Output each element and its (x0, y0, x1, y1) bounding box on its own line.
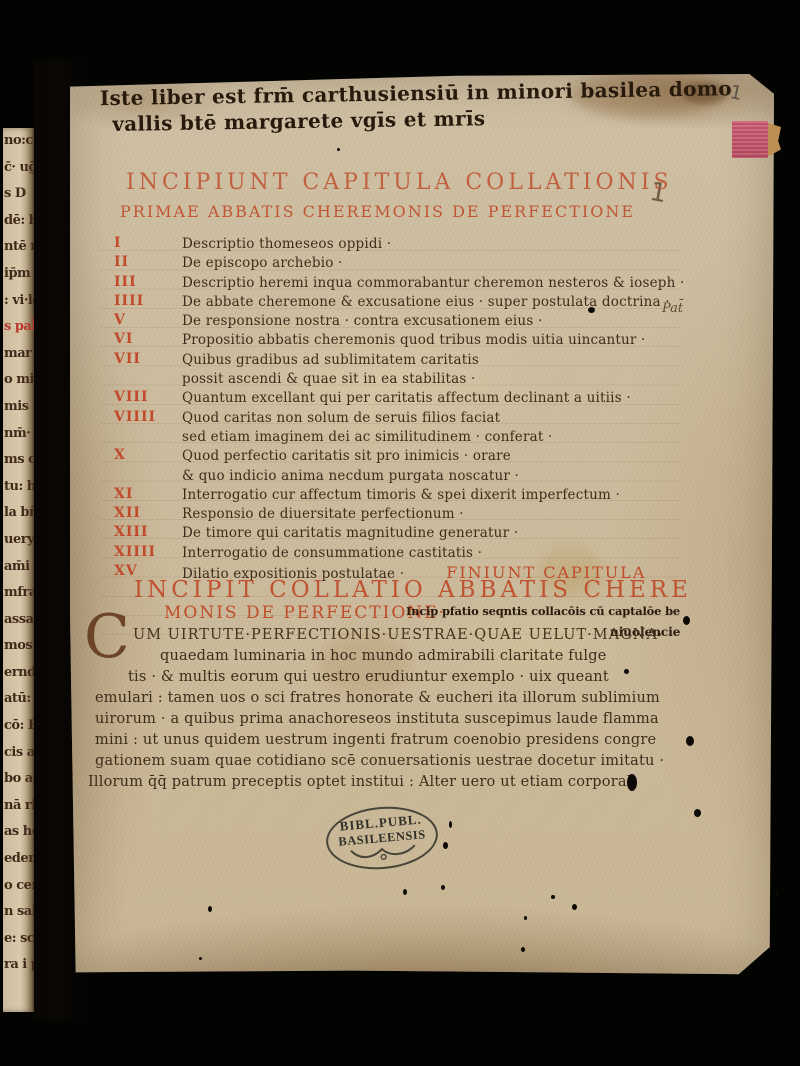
chapter-title-line: Descriptio thomeseos oppidi · (110, 235, 690, 254)
chapter-title-line: De responsione nostra · contra excusatio… (110, 312, 690, 331)
capitula-row: IIDe episcopo archebio · (110, 254, 690, 273)
parchment-hole (572, 904, 577, 910)
preface-line: emulari : tamen uos o sci fratres honora… (88, 688, 688, 709)
chapter-title-line: & quo indicio anima necdum purgata nosca… (110, 467, 690, 486)
chapter-numeral: III (114, 274, 137, 290)
rubric-primae-abbatis: PRIMAE ABBATIS CHEREMONIS DE PERFECTIONE (120, 202, 635, 221)
edge-text-fragment: : vi·lē (3, 288, 34, 315)
parchment-hole (588, 307, 595, 313)
manuscript-photo: no:chc̄· uḡs Ddē: hntē mip̄m: vi·lēs pal… (0, 0, 800, 1066)
parchment-hole (208, 906, 212, 912)
chapter-title-line: De timore qui caritatis magnitudine gene… (110, 524, 690, 543)
parchment-hole (441, 885, 445, 890)
previous-leaf-edge: no:chc̄· uḡs Ddē: hntē mip̄m: vi·lēs pal… (3, 128, 34, 1012)
chapter-title-line: De episcopo archebio · (110, 254, 690, 273)
preface-line: mini : ut unus quidem uestrum ingenti fr… (88, 730, 688, 751)
chapter-numeral: XIIII (114, 544, 156, 560)
chapter-title-line: Quibus gradibus ad sublimitatem caritati… (110, 351, 690, 370)
capitula-row: VIIIIQuod caritas non solum de seruis fi… (110, 409, 690, 448)
ownership-inscription: Iste liber est frm̄ carthusiensiū in min… (100, 75, 761, 137)
preface-line: uirorum · a quibus prima anachoreseos in… (88, 709, 688, 730)
parchment-hole (775, 892, 778, 896)
parchment-hole (683, 616, 690, 625)
capitula-row: XIInterrogatio cur affectum timoris & sp… (110, 486, 690, 505)
preface-capitals-line: UM UIRTUTE·PERFECTIONIS·UESTRAE·QUAE UEL… (88, 625, 688, 646)
parchment-hole (694, 809, 701, 817)
chapter-title-line: Quantum excellant qui per caritatis affe… (110, 389, 690, 408)
edge-text-fragment: s pal̄ (3, 314, 34, 341)
edge-text-fragment: tu: h (3, 474, 34, 501)
chapter-numeral: VI (114, 331, 133, 347)
chapter-numeral: V (114, 312, 126, 328)
parchment-page: Iste liber est frm̄ carthusiensiū in min… (70, 74, 774, 976)
parchment-hole (524, 916, 527, 920)
edge-text-fragment: o cenā (3, 873, 34, 900)
bookmark-tab-leather (768, 123, 781, 156)
edge-text-fragment: nm̄· (3, 421, 34, 448)
gothic-marginal-note-line1: Incip pfatio seqntis collacōis cū captal… (406, 604, 680, 618)
capitula-row: IIIDescriptio heremi inqua commorabantur… (110, 274, 690, 293)
rubric-incipiunt-capitula: INCIPIUNT CAPITULA COLLATIONIS (126, 170, 673, 195)
parchment-hole (449, 821, 452, 828)
preface-line: quaedam luminaria in hoc mundo admirabil… (88, 646, 688, 667)
edge-text-fragment: ernde (3, 660, 34, 687)
edge-text-fragment: edem (3, 846, 34, 873)
chapter-numeral: IIII (114, 293, 144, 309)
edge-text-fragment: e: scē (3, 926, 34, 953)
rubric-incipit-collatio: INCIPIT COLLATIO ABBATIS CHERE (134, 577, 692, 603)
edge-text-fragment: s D (3, 181, 34, 208)
chapter-numeral: XII (114, 505, 141, 521)
capitula-row: IDescriptio thomeseos oppidi · (110, 235, 690, 254)
capitula-row: VDe responsione nostra · contra excusati… (110, 312, 690, 331)
edge-text-fragment: no:ch (3, 128, 34, 155)
rubric-monis-de-perfectione: MONIS DE PERFECTIONE· (164, 603, 446, 623)
parchment-hole (337, 148, 340, 151)
edge-text-fragment: uery (3, 527, 34, 554)
library-stamp: BIBL.PUBL. BASILEENSIS (324, 802, 441, 874)
margin-note-pat: Pat̄ (662, 301, 683, 316)
edge-text-fragment: cis ad (3, 740, 34, 767)
parchment-hole (521, 947, 525, 952)
bookmark-tab-fabric (732, 121, 768, 158)
chapter-title-line: Propositio abbatis cheremonis quod tribu… (110, 331, 690, 350)
edge-text-fragment: nā ris (3, 793, 34, 820)
capitula-row: VIIIQuantum excellant qui per caritatis … (110, 389, 690, 408)
parchment-hole (551, 895, 555, 899)
edge-text-fragment: am̄i (3, 554, 34, 581)
capitula-row: VIIQuibus gradibus ad sublimitatem carit… (110, 351, 690, 390)
edge-text-fragment: n salbō (3, 899, 34, 926)
capitula-row: XQuod perfectio caritatis sit pro inimic… (110, 447, 690, 486)
parchment-hole (199, 957, 202, 960)
chapter-numeral: VIIII (114, 409, 156, 425)
chapter-numeral: VII (114, 351, 141, 367)
chapter-title-line: Responsio de diuersitate perfectionum · (110, 505, 690, 524)
preface-line: gationem suam quae cotidiano scē conuers… (88, 751, 688, 772)
edge-text-fragment: atū: (3, 686, 34, 713)
parchment-hole (443, 842, 448, 849)
parchment-hole (686, 736, 694, 746)
edge-text-fragment: as hos (3, 819, 34, 846)
edge-text-fragment: ip̄m (3, 261, 34, 288)
chapter-numeral: II (114, 254, 129, 270)
chapter-title-line: sed etiam imaginem dei ac similitudinem … (110, 428, 690, 447)
capitula-list: IDescriptio thomeseos oppidi ·IIDe episc… (110, 235, 690, 584)
chapter-title-line: Quod perfectio caritatis sit pro inimici… (110, 447, 690, 466)
chapter-title-line: Interrogatio de consummatione castitatis… (110, 544, 690, 563)
preface-text: UM UIRTUTE·PERFECTIONIS·UESTRAE·QUAE UEL… (88, 625, 688, 793)
chapter-title-line: Interrogatio cur affectum timoris & spei… (110, 486, 690, 505)
chapter-numeral: XIII (114, 524, 149, 540)
edge-text-fragment: la bn̄ (3, 500, 34, 527)
preface-line: Illorum q̄q̄ patrum preceptis optet inst… (88, 772, 688, 793)
edge-text-fragment: ra i pal (3, 952, 34, 979)
chapter-title-line: Descriptio heremi inqua commorabantur ch… (110, 274, 690, 293)
capitula-row: IIIIDe abbate cheremone & excusatione ei… (110, 293, 690, 312)
chapter-numeral: VIII (114, 389, 149, 405)
bookmark-tab (732, 121, 781, 158)
edge-text-fragment: c̄· uḡ (3, 155, 34, 182)
edge-text-fragment: ntē m (3, 234, 34, 261)
edge-text-fragment: mis (3, 394, 34, 421)
edge-text-fragment: mos· (3, 633, 34, 660)
chapter-numeral: XI (114, 486, 133, 502)
capitula-row: XIIIIInterrogatio de consummatione casti… (110, 544, 690, 563)
parchment-hole (627, 774, 637, 791)
preface-line: tis · & multis eorum qui uestro erudiunt… (88, 667, 688, 688)
chapter-numeral: I (114, 235, 122, 251)
chapter-title-line: Quod caritas non solum de seruis filios … (110, 409, 690, 428)
parchment-hole (624, 669, 629, 674)
edge-text-fragment: ms cā (3, 447, 34, 474)
edge-text-fragment: assa bn̄ (3, 607, 34, 634)
parchment-hole (403, 889, 407, 895)
chapter-title-line: possit ascendi & quae sit in ea stabilit… (110, 370, 690, 389)
capitula-row: VIPropositio abbatis cheremonis quod tri… (110, 331, 690, 350)
capitula-row: XIIIDe timore qui caritatis magnitudine … (110, 524, 690, 543)
edge-text-fragment: dē: h (3, 208, 34, 235)
chapter-title-line: De abbate cheremone & excusatione eius ·… (110, 293, 690, 312)
edge-text-fragment: bo ad (3, 766, 34, 793)
edge-text-fragment: o mis (3, 367, 34, 394)
chapter-numeral: X (114, 447, 126, 463)
edge-text-fragment: mar (3, 341, 34, 368)
edge-text-fragment: cō: Fi (3, 713, 34, 740)
capitula-row: XIIResponsio de diuersitate perfectionum… (110, 505, 690, 524)
edge-text-fragment: mfra (3, 580, 34, 607)
